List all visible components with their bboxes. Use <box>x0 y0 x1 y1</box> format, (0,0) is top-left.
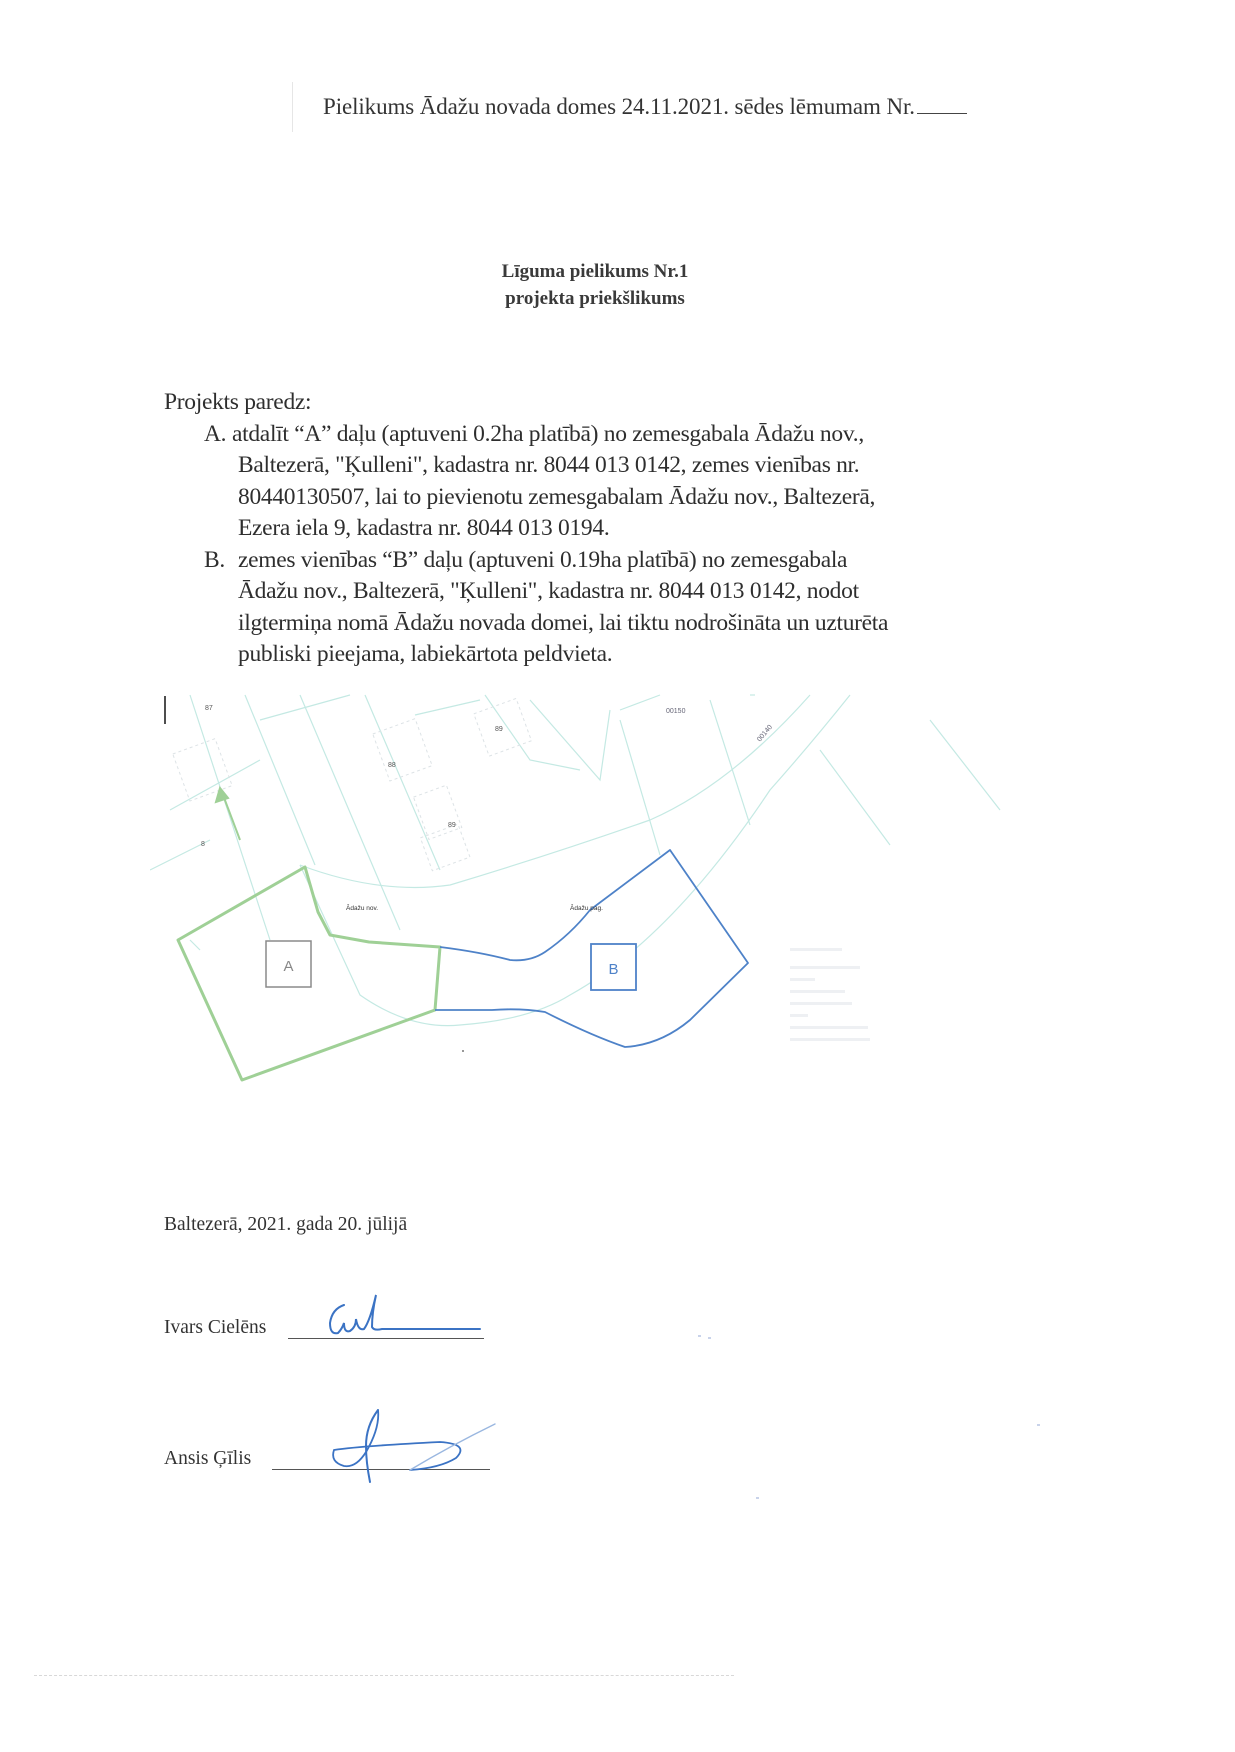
svg-text:89: 89 <box>495 726 503 733</box>
svg-text:87: 87 <box>205 705 213 712</box>
decision-number-blank <box>917 93 967 114</box>
list-item-line: Ādažu nov., Baltezerā, "Ķulleni", kadast… <box>238 576 888 607</box>
boundary-label-right: Ādažu pag. <box>570 904 603 912</box>
list-item-line: publiski pieejama, labiekārtota peldviet… <box>238 639 888 670</box>
list-marker: A. <box>204 419 226 450</box>
map-small-labels: 87 88 89 8 89 00150 00140 <box>201 705 774 848</box>
building-outlines <box>173 698 532 870</box>
signatory-name: Ansis Ģīlis <box>164 1448 251 1469</box>
list-item-body: atdalīt “A” daļu (aptuveni 0.2ha platībā… <box>238 419 875 544</box>
signature-ivars <box>320 1291 490 1347</box>
svg-text:8: 8 <box>201 841 205 848</box>
scan-speck <box>756 1497 759 1499</box>
cadastral-map: 87 88 89 8 89 00150 00140 A B Ādažu nov.… <box>150 690 1050 1110</box>
list-marker: B. <box>204 545 225 576</box>
parcel-b-label-box: B <box>591 944 636 990</box>
scan-speck <box>698 1335 701 1337</box>
list-item-body: zemes vienības “B” daļu (aptuveni 0.19ha… <box>238 545 888 670</box>
map-drawing: 87 88 89 8 89 00150 00140 A B Ādažu nov.… <box>150 690 1050 1110</box>
parcel-b-label: B <box>608 961 618 978</box>
scan-edge <box>292 82 293 132</box>
document-title: Līguma pielikums Nr.1 <box>395 258 795 285</box>
parcel-a-label-box: A <box>266 941 311 987</box>
list-item-line: Ezera iela 9, kadastra nr. 8044 013 0194… <box>238 513 875 544</box>
footer-divider <box>34 1675 734 1676</box>
list-item-line: Baltezerā, "Ķulleni", kadastra nr. 8044 … <box>238 450 875 481</box>
list-item-line: zemes vienības “B” daļu (aptuveni 0.19ha… <box>238 545 888 576</box>
svg-text:00150: 00150 <box>666 708 686 715</box>
intro-text: Projekts paredz: <box>164 389 311 416</box>
signature-ansis <box>300 1406 500 1486</box>
svg-text:88: 88 <box>388 762 396 769</box>
document-subtitle: projekta priekšlikums <box>395 285 795 312</box>
signature-row-2: Ansis Ģīlis <box>164 1448 251 1470</box>
signatory-name: Ivars Cielēns <box>164 1317 266 1338</box>
faint-legend <box>790 948 870 1041</box>
header-text: Pielikums Ādažu novada domes 24.11.2021.… <box>323 94 915 119</box>
scan-speck <box>708 1337 711 1339</box>
list-item-line: atdalīt “A” daļu (aptuveni 0.2ha platībā… <box>232 419 875 450</box>
svg-text:89: 89 <box>448 822 456 829</box>
parcel-a-label: A <box>283 958 293 975</box>
list-item-line: 80440130507, lai to pievienotu zemesgaba… <box>238 482 875 513</box>
date-place: Baltezerā, 2021. gada 20. jūlijā <box>164 1214 407 1236</box>
scan-speck <box>1037 1424 1040 1426</box>
list-item-line: ilgtermiņa nomā Ādažu novada domei, lai … <box>238 608 888 639</box>
signature-row-1: Ivars Cielēns <box>164 1317 266 1339</box>
document-header: Pielikums Ādažu novada domes 24.11.2021.… <box>323 93 967 120</box>
arrow-north-icon <box>216 788 240 840</box>
boundary-label-left: Ādažu nov. <box>346 904 378 912</box>
